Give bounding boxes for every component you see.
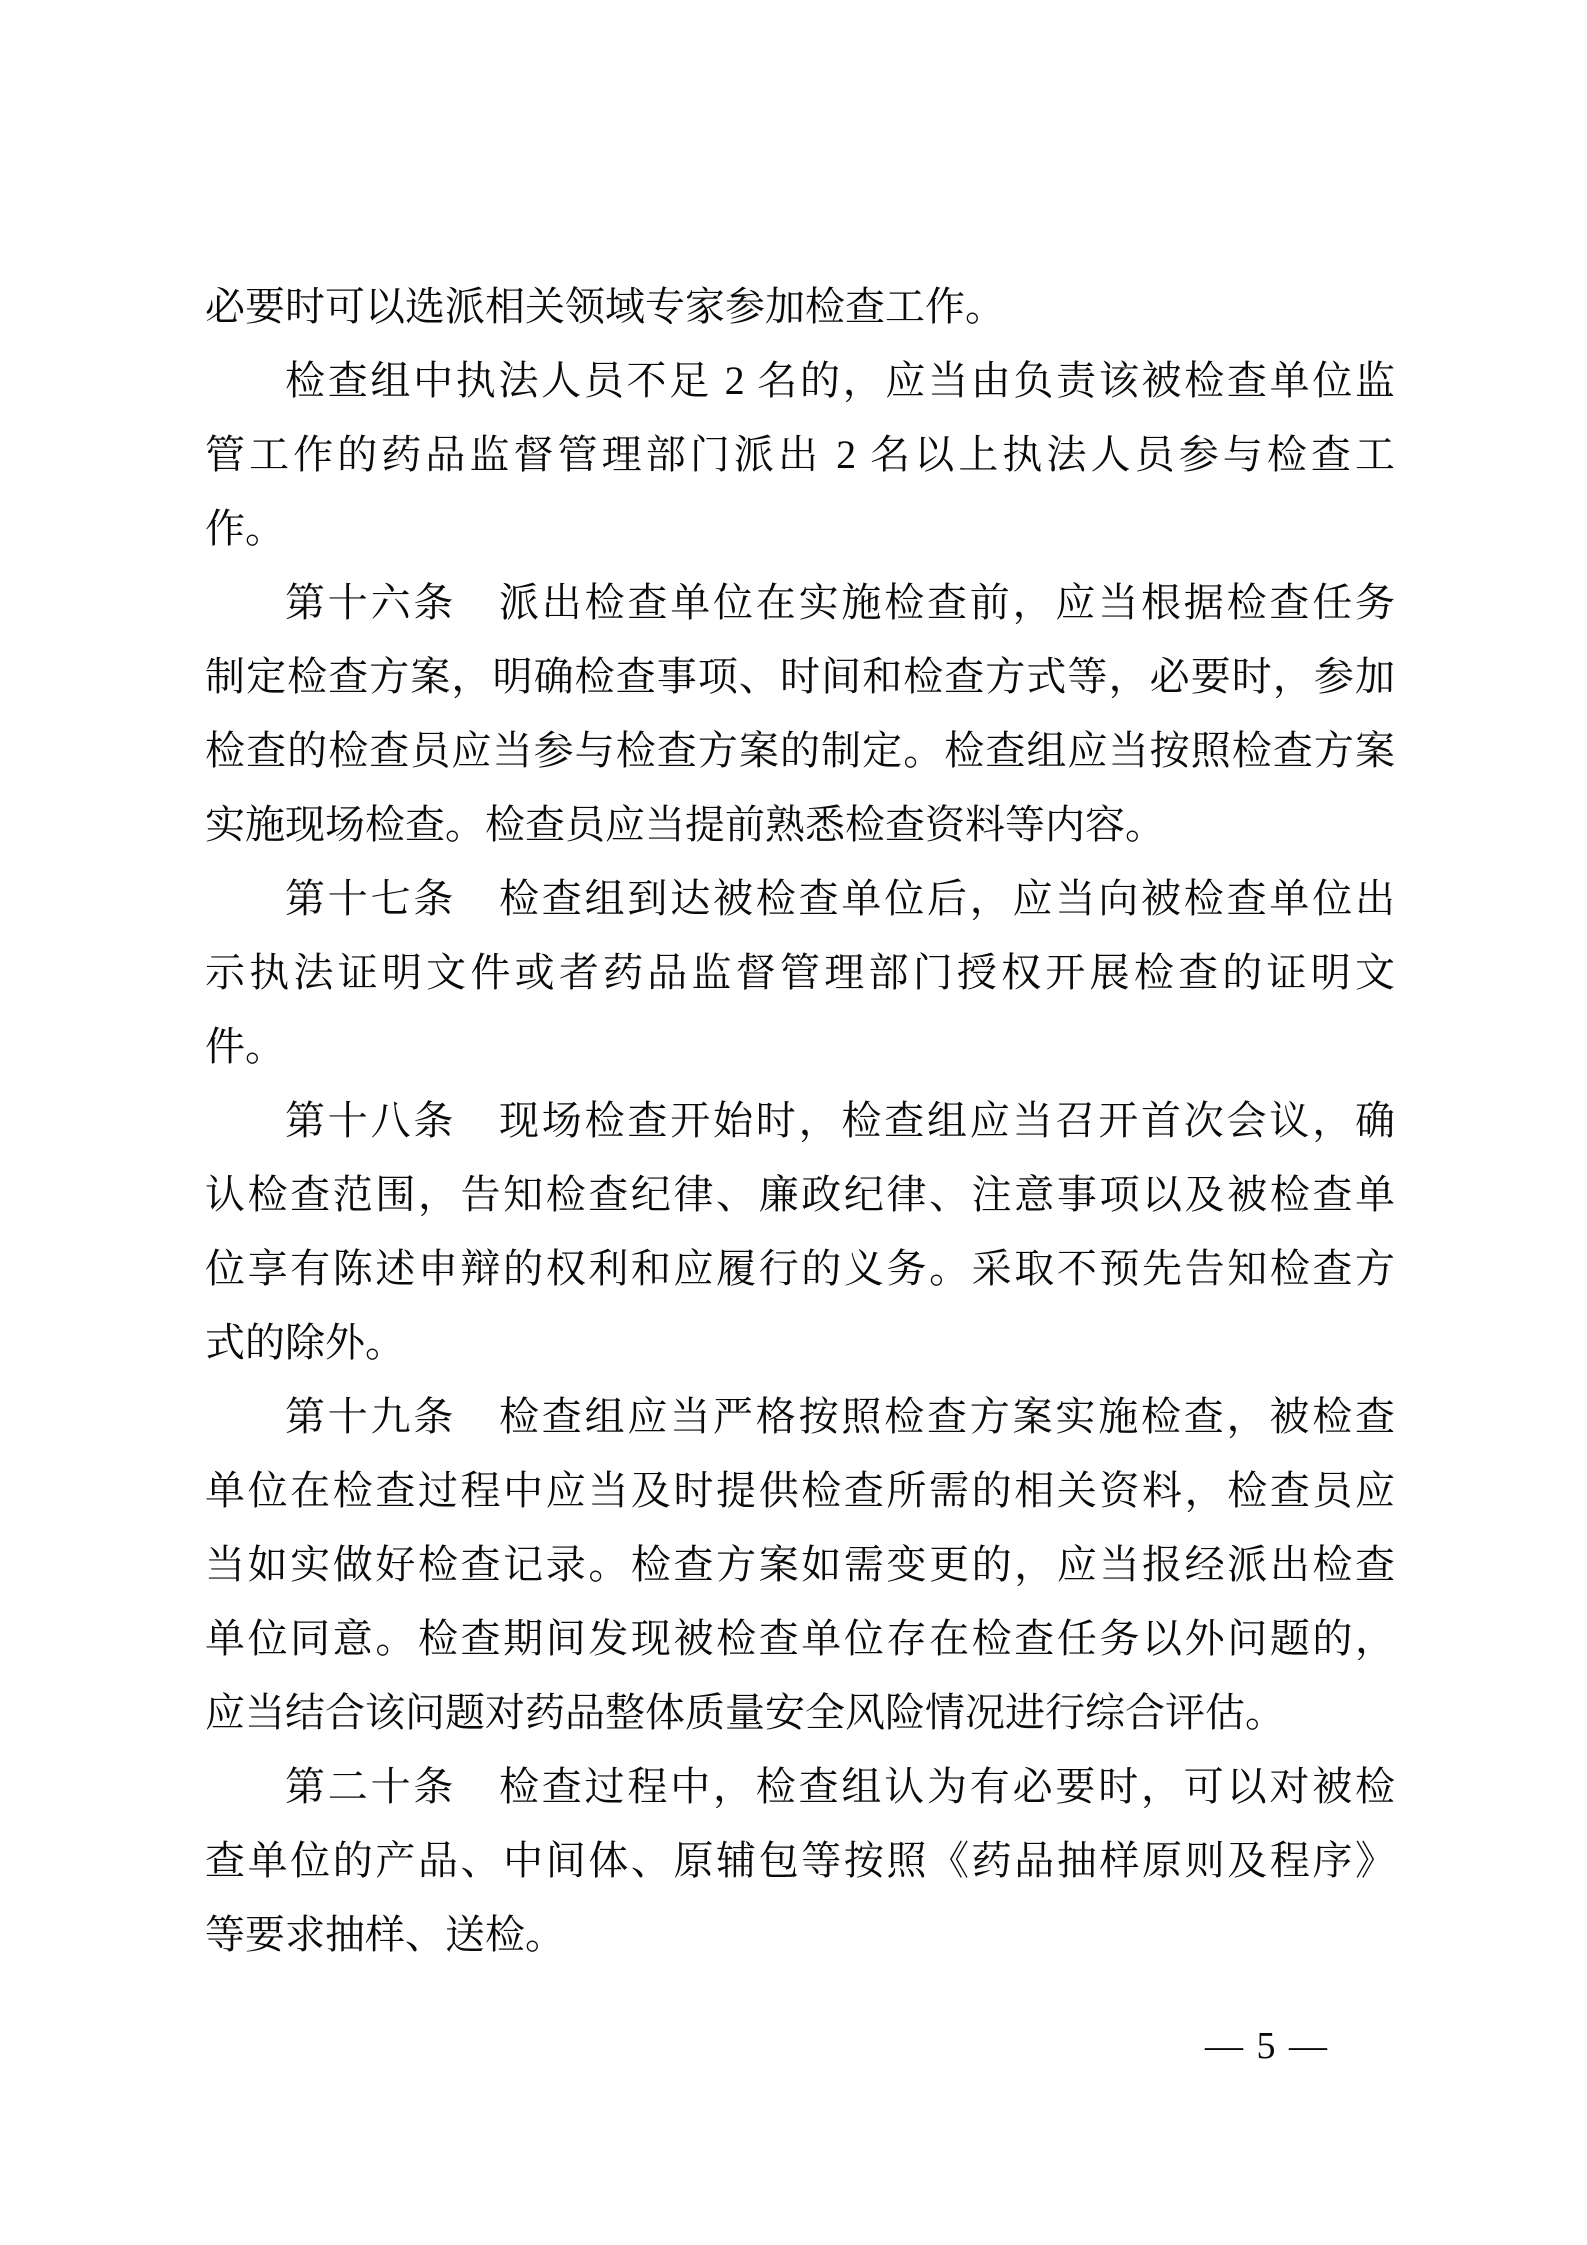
text-line: 认检查范围，告知检查纪律、廉政纪律、注意事项以及被检查单 — [205, 1158, 1395, 1232]
text-line: 单位同意。检查期间发现被检查单位存在检查任务以外问题的， — [205, 1602, 1395, 1676]
text-line: 第十八条 现场检查开始时，检查组应当召开首次会议，确 — [205, 1084, 1395, 1158]
text-line: 第十九条 检查组应当严格按照检查方案实施检查，被检查 — [205, 1380, 1395, 1454]
text-line: 式的除外。 — [205, 1306, 1395, 1380]
text-line: 示执法证明文件或者药品监督管理部门授权开展检查的证明文 — [205, 936, 1395, 1010]
paragraph: 必要时可以选派相关领域专家参加检查工作。 — [205, 270, 1395, 344]
paragraph: 第十七条 检查组到达被检查单位后，应当向被检查单位出示执法证明文件或者药品监督管… — [205, 862, 1395, 1084]
text-line: 制定检查方案，明确检查事项、时间和检查方式等，必要时，参加 — [205, 640, 1395, 714]
text-line: 位享有陈述申辩的权利和应履行的义务。采取不预先告知检查方 — [205, 1232, 1395, 1306]
document-page: 必要时可以选派相关领域专家参加检查工作。检查组中执法人员不足 2 名的，应当由负… — [0, 0, 1587, 2245]
paragraph: 第二十条 检查过程中，检查组认为有必要时，可以对被检查单位的产品、中间体、原辅包… — [205, 1750, 1395, 1972]
text-line: 必要时可以选派相关领域专家参加检查工作。 — [205, 270, 1395, 344]
text-line: 管工作的药品监督管理部门派出 2 名以上执法人员参与检查工 — [205, 418, 1395, 492]
text-line: 件。 — [205, 1010, 1395, 1084]
text-line: 检查的检查员应当参与检查方案的制定。检查组应当按照检查方案 — [205, 714, 1395, 788]
text-line: 第二十条 检查过程中，检查组认为有必要时，可以对被检 — [205, 1750, 1395, 1824]
text-line: 第十六条 派出检查单位在实施检查前，应当根据检查任务 — [205, 566, 1395, 640]
paragraph: 第十九条 检查组应当严格按照检查方案实施检查，被检查单位在检查过程中应当及时提供… — [205, 1380, 1395, 1750]
text-line: 作。 — [205, 492, 1395, 566]
paragraph: 检查组中执法人员不足 2 名的，应当由负责该被检查单位监管工作的药品监督管理部门… — [205, 344, 1395, 566]
text-line: 查单位的产品、中间体、原辅包等按照《药品抽样原则及程序》 — [205, 1824, 1395, 1898]
text-line: 检查组中执法人员不足 2 名的，应当由负责该被检查单位监 — [205, 344, 1395, 418]
text-line: 当如实做好检查记录。检查方案如需变更的，应当报经派出检查 — [205, 1528, 1395, 1602]
paragraph: 第十六条 派出检查单位在实施检查前，应当根据检查任务制定检查方案，明确检查事项、… — [205, 566, 1395, 862]
text-line: 实施现场检查。检查员应当提前熟悉检查资料等内容。 — [205, 788, 1395, 862]
text-line: 应当结合该问题对药品整体质量安全风险情况进行综合评估。 — [205, 1676, 1395, 1750]
document-body: 必要时可以选派相关领域专家参加检查工作。检查组中执法人员不足 2 名的，应当由负… — [205, 270, 1395, 1972]
page-number: — 5 — — [1205, 2022, 1329, 2070]
text-line: 单位在检查过程中应当及时提供检查所需的相关资料，检查员应 — [205, 1454, 1395, 1528]
paragraph: 第十八条 现场检查开始时，检查组应当召开首次会议，确认检查范围，告知检查纪律、廉… — [205, 1084, 1395, 1380]
text-line: 等要求抽样、送检。 — [205, 1898, 1395, 1972]
text-line: 第十七条 检查组到达被检查单位后，应当向被检查单位出 — [205, 862, 1395, 936]
